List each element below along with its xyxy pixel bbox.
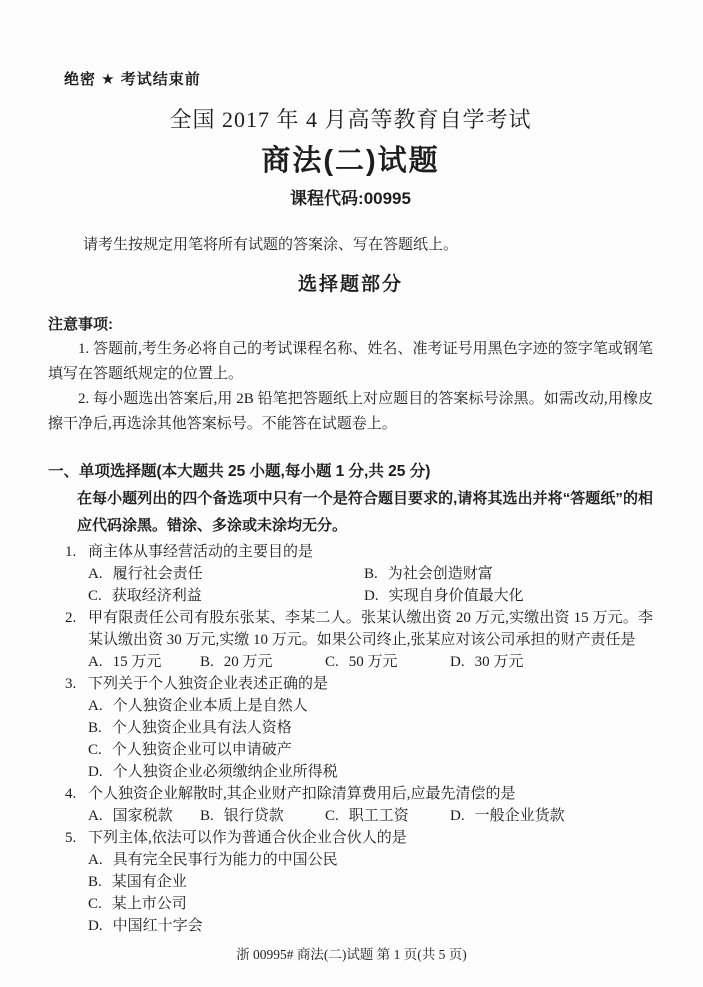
option-text: 获取经济利益: [112, 588, 202, 604]
question-stem: 下列关于个人独资企业表述正确的是: [88, 673, 653, 695]
question-body: 下列关于个人独资企业表述正确的是 A.个人独资企业本质上是自然人 B.个人独资企…: [88, 673, 653, 783]
course-code: 课程代码:00995: [48, 184, 653, 209]
option-c: C.某上市公司: [88, 893, 653, 915]
option-label: A.: [88, 563, 103, 585]
question-5: 5. 下列主体,依法可以作为普通合伙企业合伙人的是 A.具有完全民事行为能力的中…: [48, 827, 653, 937]
page-content: 绝密 ★ 考试结束前 全国 2017 年 4 月高等教育自学考试 商法(二)试题…: [0, 0, 703, 937]
option-d: D.一般企业货款: [450, 805, 653, 827]
option-text: 个人独资企业必须缴纳企业所得税: [113, 764, 338, 780]
option-label: A.: [88, 695, 103, 717]
option-label: D.: [364, 585, 379, 607]
question-body: 甲有限责任公司有股东张某、李某二人。张某认缴出资 20 万元,实缴出资 15 万…: [88, 607, 653, 673]
question-number: 3.: [65, 673, 88, 695]
option-text: 一般企业货款: [475, 808, 565, 824]
option-c: C.职工工资: [325, 805, 450, 827]
question-number: 2.: [65, 607, 88, 629]
exam-title: 全国 2017 年 4 月高等教育自学考试: [48, 103, 653, 134]
note-item-1: 1. 答题前,考生务必将自己的考试课程名称、姓名、准考证号用黑色字迹的签字笔或钢…: [48, 337, 653, 387]
question-body: 下列主体,依法可以作为普通合伙企业合伙人的是 A.具有完全民事行为能力的中国公民…: [88, 827, 653, 937]
section-one-heading: 一、单项选择题(本大题共 25 小题,每小题 1 分,共 25 分): [48, 459, 653, 485]
question-1: 1. 商主体从事经营活动的主要目的是 A.履行社会责任 B.为社会创造财富 C.…: [48, 541, 653, 607]
option-text: 个人独资企业本质上是自然人: [113, 698, 308, 714]
page-footer: 浙 00995# 商法(二)试题 第 1 页(共 5 页): [0, 943, 703, 963]
option-label: D.: [88, 761, 103, 783]
option-c: C.50 万元: [325, 651, 450, 673]
option-text: 某国有企业: [112, 874, 187, 890]
option-d: D.实现自身价值最大化: [364, 585, 653, 607]
question-stem: 下列主体,依法可以作为普通合伙企业合伙人的是: [88, 827, 653, 849]
option-label: A.: [88, 651, 103, 673]
option-text: 20 万元: [224, 654, 273, 670]
option-label: D.: [88, 915, 103, 937]
part-title: 选择题部分: [48, 269, 653, 296]
option-a: A.15 万元: [88, 651, 200, 673]
notes-section: 注意事项: 1. 答题前,考生务必将自己的考试课程名称、姓名、准考证号用黑色字迹…: [48, 312, 653, 437]
option-label: D.: [450, 805, 465, 827]
option-text: 国家税款: [113, 808, 173, 824]
option-text: 15 万元: [113, 654, 162, 670]
option-label: B.: [88, 717, 102, 739]
candidate-instruction: 请考生按规定用笔将所有试题的答案涂、写在答题纸上。: [48, 233, 653, 258]
question-stem: 甲有限责任公司有股东张某、李某二人。张某认缴出资 20 万元,实缴出资 15 万…: [88, 607, 653, 651]
option-b: B.为社会创造财富: [364, 563, 653, 585]
question-stem: 商主体从事经营活动的主要目的是: [88, 541, 653, 563]
option-label: C.: [88, 893, 102, 915]
question-list: 1. 商主体从事经营活动的主要目的是 A.履行社会责任 B.为社会创造财富 C.…: [48, 541, 653, 937]
option-a: A.具有完全民事行为能力的中国公民: [88, 849, 653, 871]
notes-title: 注意事项:: [48, 312, 653, 337]
option-d: D.中国红十字会: [88, 915, 653, 937]
option-b: B.个人独资企业具有法人资格: [88, 717, 653, 739]
option-b: B.20 万元: [200, 651, 325, 673]
option-a: A.履行社会责任: [88, 563, 364, 585]
option-label: A.: [88, 805, 103, 827]
paper-title: 商法(二)试题: [48, 138, 653, 179]
question-3: 3. 下列关于个人独资企业表述正确的是 A.个人独资企业本质上是自然人 B.个人…: [48, 673, 653, 783]
option-label: D.: [450, 651, 465, 673]
option-text: 50 万元: [349, 654, 398, 670]
option-label: C.: [88, 739, 102, 761]
option-group: A.履行社会责任 B.为社会创造财富 C.获取经济利益 D.实现自身价值最大化: [88, 563, 653, 607]
option-text: 银行贷款: [224, 808, 284, 824]
question-number: 4.: [65, 783, 88, 805]
option-text: 实现自身价值最大化: [389, 588, 524, 604]
question-number: 1.: [65, 541, 88, 563]
option-label: B.: [200, 805, 214, 827]
option-label: A.: [88, 849, 103, 871]
question-number: 5.: [65, 827, 88, 849]
option-group: A.国家税款 B.银行贷款 C.职工工资 D.一般企业货款: [88, 805, 653, 827]
question-body: 商主体从事经营活动的主要目的是 A.履行社会责任 B.为社会创造财富 C.获取经…: [88, 541, 653, 607]
option-text: 个人独资企业具有法人资格: [112, 720, 292, 736]
option-text: 30 万元: [475, 654, 524, 670]
option-group: A.个人独资企业本质上是自然人 B.个人独资企业具有法人资格 C.个人独资企业可…: [88, 695, 653, 783]
option-text: 个人独资企业可以申请破产: [112, 742, 292, 758]
question-4: 4. 个人独资企业解散时,其企业财产扣除清算费用后,应最先清偿的是 A.国家税款…: [48, 783, 653, 827]
option-label: B.: [200, 651, 214, 673]
option-text: 为社会创造财富: [388, 566, 493, 582]
exam-paper-page: 绝密 ★ 考试结束前 全国 2017 年 4 月高等教育自学考试 商法(二)试题…: [0, 0, 703, 987]
option-group: A.15 万元 B.20 万元 C.50 万元 D.30 万元: [88, 651, 653, 673]
option-d: D.30 万元: [450, 651, 653, 673]
option-c: C.个人独资企业可以申请破产: [88, 739, 653, 761]
option-b: B.银行贷款: [200, 805, 325, 827]
option-text: 具有完全民事行为能力的中国公民: [113, 852, 338, 868]
option-d: D.个人独资企业必须缴纳企业所得税: [88, 761, 653, 783]
option-a: A.国家税款: [88, 805, 200, 827]
section-one-intro: 在每小题列出的四个备选项中只有一个是符合题目要求的,请将其选出并将“答题纸”的相…: [48, 485, 653, 539]
option-label: B.: [364, 563, 378, 585]
question-stem: 个人独资企业解散时,其企业财产扣除清算费用后,应最先清偿的是: [88, 783, 653, 805]
option-label: C.: [325, 651, 339, 673]
option-group: A.具有完全民事行为能力的中国公民 B.某国有企业 C.某上市公司 D.中国红十…: [88, 849, 653, 937]
option-b: B.某国有企业: [88, 871, 653, 893]
option-a: A.个人独资企业本质上是自然人: [88, 695, 653, 717]
secrecy-label: 绝密 ★ 考试结束前: [64, 68, 653, 89]
option-text: 某上市公司: [112, 896, 187, 912]
option-c: C.获取经济利益: [88, 585, 364, 607]
option-label: C.: [325, 805, 339, 827]
question-2: 2. 甲有限责任公司有股东张某、李某二人。张某认缴出资 20 万元,实缴出资 1…: [48, 607, 653, 673]
option-label: C.: [88, 585, 102, 607]
note-item-2: 2. 每小题选出答案后,用 2B 铅笔把答题纸上对应题目的答案标号涂黑。如需改动…: [48, 387, 653, 437]
option-label: B.: [88, 871, 102, 893]
question-body: 个人独资企业解散时,其企业财产扣除清算费用后,应最先清偿的是 A.国家税款 B.…: [88, 783, 653, 827]
option-text: 履行社会责任: [113, 566, 203, 582]
option-text: 职工工资: [349, 808, 409, 824]
option-text: 中国红十字会: [113, 918, 203, 934]
